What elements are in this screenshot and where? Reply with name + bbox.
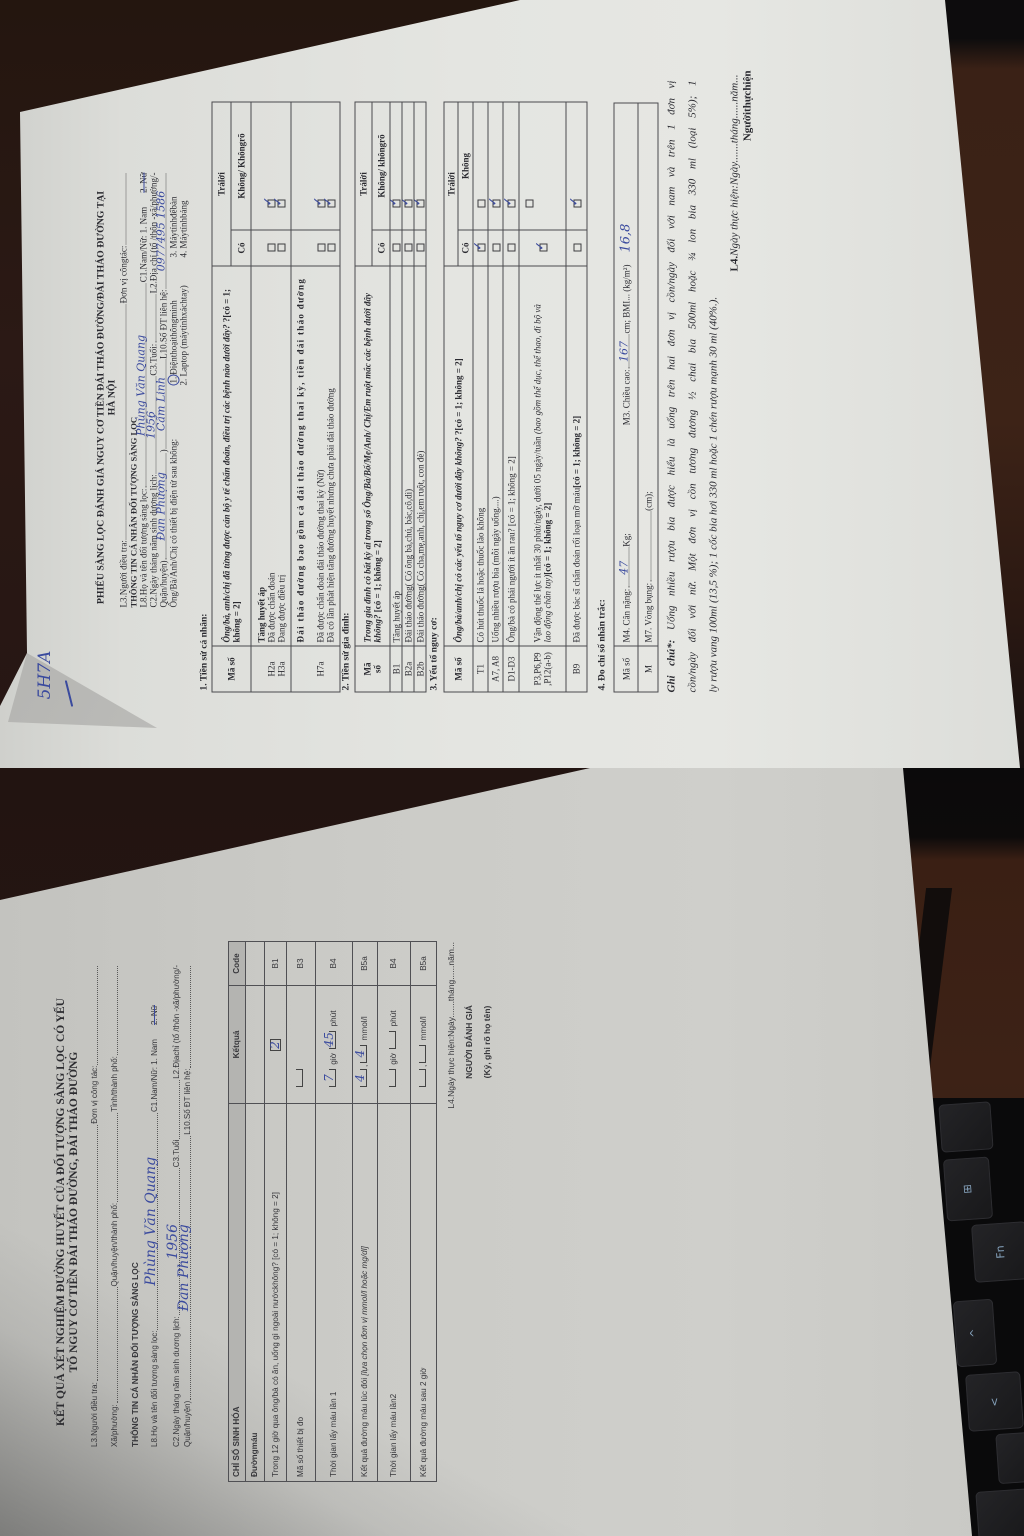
workplace-field[interactable] [90,966,98,1065]
label-cell: Thời gian lấy máu lần 1 [316,1104,353,1482]
no-cell [291,102,340,230]
checkbox-no[interactable] [278,200,286,208]
label-cell: Đã được bác sĩ chẩn đoán rối loạn mỡ máu… [566,266,587,646]
commune-label: Xã/phường: [110,1404,120,1447]
surveyor-line: L3.Người điều tra: Đơn vị công tác: [90,965,100,1447]
table-header-row: Mã số Trong gia đình có bất kỳ ai trong … [355,102,372,692]
checkbox-line [266,234,276,263]
table-row-hypertension: H2a H3a Tăng huyết áp Đã được chẩn đoán … [251,102,291,692]
arrow-left-icon: < [988,1396,1001,1406]
address-label: L2.Địachỉ (tổ /thôn -xã/phường/- [172,965,182,1079]
result-cell [287,986,316,1104]
handwritten-integer: 4 [354,1074,366,1082]
windows-icon: ⊞ [962,1184,975,1194]
question-text: Ông/bà, anh/chị đã từng được cán bộ y tế… [222,322,232,642]
col-header-answer: Trảlời [355,102,372,266]
hour-unit: giờ [389,1053,398,1065]
family-history-table: Mã số Trong gia đình có bất kỳ ai trong … [355,101,427,692]
surveyor-label: L3.Người điều tra: [90,1382,100,1447]
item-label-scale: [có = 1; không = 2] [543,503,553,575]
table-row: D1-D3 Ông/bà có phải người ít ăn rau? [c… [503,102,519,692]
item-label: Đã được chẩn đoán [266,270,276,643]
measure-line: M7. Vòng bụng: (cm); [643,107,653,643]
checkbox-no[interactable] [327,200,335,208]
province-label: Tỉnh/thành phố: [110,1056,120,1112]
yes-cell [503,230,519,266]
checkbox-yes[interactable] [508,244,516,252]
table-row: Mã số M4. Cân nặng: 47 Kg; M3. Chiều cao… [614,103,638,692]
handwritten-name: Phùng Văn Quang [144,1157,158,1286]
device-option-1-text: Điệnthoạithôngminh [169,300,179,375]
waist-label: M7. Vòng bụng: [643,583,653,643]
sex-option-female[interactable]: 2. Nữ [150,1005,160,1025]
minute-field[interactable]: 45 [329,1031,336,1049]
age-field[interactable] [149,294,157,342]
label-cell: Kết quả đường máu lúc đói [lựa chọn đơn … [353,1104,378,1482]
col-header-yes: Có [231,230,251,266]
devices-line-1: Ông/Bà/Anh/Chị có thiết bị điện tử sau k… [169,173,179,608]
date-line: L4.Ngày thực hiện:Ngày.......tháng......… [446,942,456,1109]
code-blank [326,650,336,689]
minute-unit: phút [329,1010,338,1026]
table-header-row: Mã số Ông/bà, anh/chị đã từng được cán b… [212,102,231,692]
workplace-label: Đơn vị côngtác: [119,246,129,304]
checkbox-no[interactable] [405,200,413,208]
table-row: B2b Đái tháo đường( Có cha,mẹ,anh, chị,e… [414,102,426,692]
alcohol-note: Ghi chú*: Uống nhiều rượu bia được hiểu … [662,81,725,693]
col-header-no: Không [458,102,473,230]
minute-unit: phút [389,1010,398,1026]
photo-collage: 5H7A PHIẾU SÀNG LỌC ĐÁNH GIÁ NGUY CƠ TIỀ… [0,0,1024,1536]
sex-label: C1.Nam/Nữ: 1. Nam [150,1039,160,1112]
table-row: A7, A8 Uống nhiều rượu bia (mỗi ngày uốn… [488,102,503,692]
table-row: Mã số thiết bị đo B3 [287,942,316,1482]
checkbox-line [276,105,286,207]
anthropometry-table: Mã số M4. Cân nặng: 47 Kg; M3. Chiều cao… [614,103,659,693]
phone-field[interactable] [183,966,191,1068]
checkbox-yes[interactable] [492,244,500,252]
weight-label: M4. Cân nặng: [622,589,632,643]
measure-line: M4. Cân nặng: 47 Kg; M3. Chiều cao: 167 … [621,107,632,643]
result-cell: , mmol/l [411,986,437,1104]
checkbox-yes[interactable] [573,244,581,252]
table-row: B2a Đái tháo đường( Có ông bà,chú, bác,c… [402,102,414,692]
no-cell [503,102,519,230]
col-header-yes: Có [372,230,390,266]
col-header-code: Mã số [444,646,473,692]
device-option-2[interactable]: 2. Laptop (máytínhxáchtay) [179,258,189,386]
integer-field[interactable] [419,1069,426,1087]
age-field[interactable] [172,1080,180,1139]
evaluator-title: NGƯỜI ĐÁNH GIÁ [464,952,474,1132]
district-city-label: Quận/huyện/thành phố: [110,1203,120,1287]
device-option-2-text: Laptop (máytínhxáchtay) [179,285,189,376]
form-title: PHIẾU SÀNG LỌC ĐÁNH GIÁ NGUY CƠ TIỀN ĐÁI… [96,103,118,693]
yes-cell [402,230,414,266]
name-field[interactable]: Phùng Văn Quang [150,1113,158,1330]
handwritten-code: 5H7A [34,648,56,702]
form-title: KẾT QUẢ XÉT NGHIỆM ĐƯỜNG HUYẾT CỦA ĐỐI T… [55,942,81,1482]
item-label-scale: [có = 1; không = 2] [572,416,582,488]
checkbox-no[interactable] [492,200,500,208]
device-option-3-text: Máytínhđểbàn [169,197,179,249]
col-header-no: Không/ khôngrõ [372,102,390,230]
checkbox-yes[interactable] [327,244,335,252]
checkbox-line [266,105,276,207]
label-cell: Có hút thuốc lá hoặc thuốc lào không [473,266,488,646]
note-label: Ghi chú*: [666,640,678,693]
height-label: M3. Chiều cao: [622,370,632,426]
signer-label: Ngườithựchiện [742,71,754,142]
code-cell: B1 [390,646,402,692]
screening-form: PHIẾU SÀNG LỌC ĐÁNH GIÁ NGUY CƠ TIỀN ĐÁI… [92,63,757,703]
waist-unit: (cm); [643,491,653,511]
code-cell [246,942,265,986]
personal-info-heading-text: THÔNG TIN CÁ NHÂN ĐỐI TƯỢNG SÀNG LỌC [130,1262,140,1447]
col-header-question: Ông/bà, anh/chị đã từng được cán bộ y tế… [212,266,251,646]
weight-field[interactable]: 47 [622,548,630,588]
label-note: [lựa chọn đơn vị mmol/l hoặc mg/dl] [360,1246,369,1375]
glucose-result-form: KẾT QUẢ XÉT NGHIỆM ĐƯỜNG HUYẾT CỦA ĐỐI T… [52,932,502,1492]
hour-unit: giờ [329,1053,338,1065]
dob-line: C2.Ngày tháng năm sinh dương lịch: 1956 … [172,965,182,1447]
col-header-result: Kếtquả [229,986,246,1104]
code-h3a: H3a [276,650,286,689]
question-text: Ông/bà/anh/chị có các yếu tố nguy cơ dướ… [454,435,464,643]
evaluator-signature-note: (Ký, ghi rõ họ tên) [482,952,492,1132]
group-title: Tăng huyết áp [256,270,266,643]
measure-cell: M7. Vòng bụng: (cm); [638,103,658,646]
photo-top: 5H7A PHIẾU SÀNG LỌC ĐÁNH GIÁ NGUY CƠ TIỀ… [0,0,1024,768]
handwritten-hour: 7 [323,1074,335,1082]
unit-label: mmol/l [360,1016,369,1040]
age-label: C3.Tuổi: [149,344,159,376]
label-cell: Ông/bà có phải người ít ăn rau? [có = 1;… [503,266,519,646]
question-scale: [có = 1; không = 2] [373,540,383,612]
date-code: L4. [729,256,741,272]
fn-key[interactable]: Fn [971,1221,1024,1283]
age-label: C3.Tuổi [172,1140,182,1168]
item-label: Đang được điều trị [276,270,286,643]
district-field[interactable]: Đan Phượng [183,1136,191,1400]
note-text: Uống nhiều rượu bia được hiểu là uống tr… [666,81,678,640]
checkbox-yes[interactable] [268,244,276,252]
device-option-3[interactable]: 3. Máytínhđểbàn [169,173,179,258]
label-cell: Tăng huyết áp Đã được chẩn đoán Đang đượ… [251,266,291,646]
table-row: Kết quả đường máu lúc đói [lựa chọn đơn … [353,942,378,1482]
col-header-code-text: Mã số [363,662,383,676]
district-line: Quận/huyện) Đan Phượng L10.Số ĐT liên hệ… [183,965,193,1447]
sex-label: C1.Nam/Nữ: 1. Nam [139,207,149,282]
checkbox-no[interactable] [525,200,533,208]
decimal-field[interactable] [419,1045,426,1063]
checkbox-line [276,234,286,263]
no-cell [519,102,566,230]
blank-line [256,234,266,263]
measure-cell: M4. Cân nặng: 47 Kg; M3. Chiều cao: 167 … [614,103,638,646]
checkbox-yes[interactable] [539,244,547,252]
code-cell: B5a [353,942,378,986]
device-option-4-number: 4. [179,251,189,258]
table-row: Trong 12 giờ qua ông/bà có ăn, uống gì n… [265,942,287,1482]
blank-line [296,234,316,263]
no-cell [414,102,426,230]
section-3-heading: 3. Yếu tố nguy cơ: [430,617,441,690]
code-cell: B2b [414,646,426,692]
code-cell: A7, A8 [488,646,503,692]
item-label: Vận động thể lực ít nhất 30 phút/ngày, d… [533,434,543,642]
col-header-no: Không/ Khôngrõ [231,102,251,230]
name-label: L8.Họ và tên đối tượng sàng lọc: [139,489,149,608]
section-2-heading: 2. Tiền sử gia đình: [342,613,353,691]
label-cell: Đườngmáu [246,1104,265,1482]
bmi-label: BMI... (kg/m²) [622,265,632,318]
handwritten-decimal: 4 [354,1050,366,1058]
code-cell: H7a [291,646,340,692]
table-row: B9 Đã được bác sĩ chẩn đoán rối loạn mỡ … [566,102,587,692]
handwritten-answer: 2 [269,1041,280,1049]
arrow-up-key[interactable]: ^ [953,1299,998,1368]
weight-unit: Kg; [622,533,632,547]
surveyor-line: L3.Người điều tra: Đơn vị côngtác: [119,173,129,608]
date-text: Ngày thực hiện:Ngày.......tháng......năm… [729,75,741,256]
phone-label: L10.Số ĐT liên hệ: [159,290,169,359]
name-line: L8.Họ và tên đối tượng sàng lọc: Phùng V… [139,173,149,608]
personal-history-table: Mã số Ông/bà, anh/chị đã từng được cán b… [212,101,341,692]
code-cell: M [638,646,658,692]
yes-cell [473,230,488,266]
decimal-separator: , [419,1065,428,1067]
item-label: Đã có lần phát hiện tăng đường huyết như… [326,270,336,643]
yes-cell [291,230,340,266]
district-label: Quận/huyện) [183,1401,193,1447]
no-cell [566,102,587,230]
code-cell: B5a [411,942,437,986]
result-cell: 2 [265,986,287,1104]
result-cell: 4,4 mmol/l [353,986,378,1104]
checkbox-yes[interactable] [278,244,286,252]
label-cell: Kết quả đường máu sau 2 giờ [411,1104,437,1482]
form-title-line-1: KẾT QUẢ XÉT NGHIỆM ĐƯỜNG HUYẾT CỦA ĐỐI T… [55,942,68,1482]
handwritten-height: 167 [619,341,630,362]
workplace-label: Đơn vị công tác: [90,1066,100,1124]
surveyor-field[interactable] [90,1125,98,1381]
label-cell: Thời gian lấy máu lần2 [378,1104,411,1482]
date-line: L4.Ngày thực hiện:Ngày.......tháng......… [729,75,741,272]
checkbox-yes[interactable] [405,244,413,252]
form-title-line-2: TỐ NGUY CƠ TIỀN ĐÁI THÁO ĐƯỜNG, ĐÁI THÁO… [68,942,81,1482]
devices-line-2: 2. Laptop (máytínhxáchtay) 4. Máytínhbản… [179,173,189,608]
minute-field[interactable] [389,1031,396,1049]
photo-bottom: ⊞ Fn ^ < KẾT QUẢ XÉT NGHIỆM ĐƯỜNG HUYẾT … [0,768,1024,1536]
location-line: Xã/phường: Quận/huyện/thành phố: Tỉnh/th… [110,965,120,1447]
label-cell: Đái tháo đường bao gồm cả đái tháo đường… [291,266,340,646]
label-cell: Mã số thiết bị đo [287,1104,316,1482]
section-4-heading: 4. Đo chỉ số nhân trắc: [598,599,609,690]
code-cell: B9 [566,646,587,692]
handwritten-district: Đan Phượng [156,472,167,540]
checkbox-line [316,105,326,207]
col-header-question: Ông/bà/anh/chị có các yếu tố nguy cơ dướ… [444,266,473,646]
handwritten-minute: 45 [323,1032,335,1047]
handwritten-phone: 0977495 1586 [156,191,167,271]
table-row: T1 Có hút thuốc lá hoặc thuốc lào không [473,102,488,692]
question-scale: ?[có = 1; không = 2] [454,358,464,435]
table-row: Thời gian lấy máu lần2 giờ phút B4 [378,942,411,1482]
device-option-1[interactable]: 1.Điệnthoạithôngminh [169,258,179,386]
col-header-code: Mã số [355,646,390,692]
checkbox-line [316,234,326,263]
yes-cell [251,230,291,266]
result-cell: giờ phút [378,986,411,1104]
windows-key[interactable]: ⊞ [943,1156,993,1221]
label-text: Kết quả đường máu lúc đói [360,1376,369,1477]
table-row: Đườngmáu [246,942,265,1482]
biochemistry-table: CHỈ SỐ SINH HÓA Kếtquả Code Đườngmáu Tro… [228,941,437,1482]
district-line: Quận/huyện) Đan Phượng ) Cẩm Linh L10.Số… [159,173,169,608]
checkbox-no[interactable] [393,200,401,208]
label-cell: Đái tháo đường( Có ông bà,chú, bác,cô,dì… [402,266,414,646]
code-h7a: H7a [316,650,326,689]
device-option-2-number: 2. [179,379,189,386]
device-option-4[interactable]: 4. Máytínhbảng [179,173,189,258]
col-header-code: Mã số [212,646,251,692]
keyboard-key[interactable] [995,1432,1024,1484]
code-cell: D1-D3 [503,646,519,692]
hour-field[interactable] [389,1069,396,1087]
blank-line [256,650,266,689]
label-cell: Đái tháo đường( Có cha,mẹ,anh, chị,em ru… [414,266,426,646]
note-line-2: cồn/ngày đối với nữ. Một đơn vị cồn tươn… [683,81,704,693]
code-cell: H2a H3a [251,646,291,692]
table-row: M M7. Vòng bụng: (cm); [638,103,658,692]
sex-option-female[interactable]: 2. Nữ [139,173,149,193]
handwritten-commune: Cẩm Linh [156,377,167,431]
yes-cell [390,230,402,266]
note-line-3: ly rượu vang 100ml (13,5 %); 1 cốc bia h… [704,81,725,693]
arrow-up-icon: ^ [969,1328,982,1338]
blank-line [296,105,316,207]
personal-info-heading: THÔNG TIN CÁ NHÂN ĐỐI TƯỢNG SÀNG LỌC [130,965,140,1447]
blank-line [256,105,266,207]
table-row: Thời gian lấy máu lần 1 7 giờ 45 phút B4 [316,942,353,1482]
unit-label: mmol/l [419,1016,428,1040]
checkbox-no[interactable] [573,200,581,208]
height-unit: cm; [622,320,632,334]
table-row: P3,P6,P9 ,P12(a-b) Vận động thể lực ít n… [519,102,566,692]
checkbox-no[interactable] [477,200,485,208]
province-field[interactable] [110,966,118,1055]
handwritten-weight: 47 [619,561,630,575]
code-cell: B3 [287,942,316,986]
table-row: B1 Tăng huyết áp [390,102,402,692]
device-option-3-number: 3. [169,251,179,258]
no-cell [251,102,291,230]
col-header-question: Trong gia đình có bất kỳ ai trong số Ông… [355,266,390,646]
device-id-field[interactable] [296,1069,303,1087]
code-cell: P3,P6,P9 ,P12(a-b) [519,646,566,692]
name-field[interactable]: Phùng Văn Quang [139,283,147,487]
col-header-code: Code [229,942,246,986]
answer-box[interactable]: 2 [270,1039,281,1051]
name-label: L8.Họ và tên đối tượng sàng lọc: [150,1331,160,1447]
checkbox-yes[interactable] [477,244,485,252]
section-1-heading: 1. Tiền sử cá nhân: [200,614,211,691]
code-cell: B4 [316,942,353,986]
checkbox-no[interactable] [417,200,425,208]
handwritten-district: Đan Phượng [177,1224,191,1311]
code-cell: B4 [378,942,411,986]
arrow-left-key[interactable]: < [965,1371,1024,1432]
yes-cell [566,230,587,266]
no-cell [488,102,503,230]
item-label: Đã được chẩn đoán đái tháo đường thai kỳ… [316,270,326,643]
table-row: Kết quả đường máu sau 2 giờ , mmol/l B5a [411,942,437,1482]
col-header-yes: Có [458,230,473,266]
col-header-answer: Trảlời [444,102,458,266]
yes-cell [488,230,503,266]
no-cell [402,102,414,230]
phone-field[interactable]: 0977495 1586 [159,174,167,289]
checkbox-no[interactable] [508,200,516,208]
label-cell: Uống nhiều rượu bia (mỗi ngày uống....) [488,266,503,646]
yes-cell [414,230,426,266]
workplace-field[interactable] [119,174,127,245]
form-title-line-1: PHIẾU SÀNG LỌC ĐÁNH GIÁ NGUY CƠ TIỀN ĐÁI… [96,103,107,693]
height-field[interactable]: 167 [622,335,630,369]
yes-cell [519,230,566,266]
district-city-field[interactable] [110,1113,118,1202]
result-cell: 7 giờ 45 phút [316,986,353,1104]
commune-field[interactable] [110,1287,118,1403]
blank-line [296,650,316,689]
risk-factors-table: Mã số Ông/bà/anh/chị có các yếu tố nguy … [444,101,588,692]
keyboard-key[interactable] [938,1101,993,1153]
decimal-field[interactable]: 4 [360,1045,367,1063]
integer-field[interactable]: 4 [360,1069,367,1087]
commune-field[interactable]: Cẩm Linh [159,360,167,448]
hour-field[interactable]: 7 [329,1069,336,1087]
checkbox-yes[interactable] [393,244,401,252]
keyboard-key[interactable] [975,1488,1024,1536]
device-option-4-text: Máytínhbảng [179,201,189,249]
personal-info-heading-text: THÔNG TIN CÁ NHÂN ĐỐI TƯỢNG SÀNG LỌC [129,417,139,608]
label-cell: Vận động thể lực ít nhất 30 phút/ngày, d… [519,266,566,646]
handwritten-bmi: 16,8 [621,224,632,253]
name-line: L8.Họ và tên đối tượng sàng lọc: Phùng V… [150,965,160,1447]
checkbox-yes[interactable] [317,244,325,252]
group-title: Đái tháo đường bao gồm cả đái tháo đường… [296,270,316,643]
surveyor-label: L3.Người điều tra: [119,540,129,607]
waist-field[interactable] [643,512,651,582]
fn-label: Fn [994,1245,1007,1259]
dob-label: C2.Ngày tháng năm sinh dương lịch: [172,1316,182,1447]
code-cell: B1 [265,942,287,986]
table-row-diabetes: H7a Đái tháo đường bao gồm cả đái tháo đ… [291,102,340,692]
table-header-row: Mã số Ông/bà/anh/chị có các yếu tố nguy … [444,102,458,692]
label-cell: Tăng huyết áp [390,266,402,646]
no-cell [473,102,488,230]
table-header-row: CHỈ SỐ SINH HÓA Kếtquả Code [229,942,246,1482]
checkbox-line [326,234,336,263]
col-header-answer: Trảlời [212,102,231,266]
result-cell [246,986,265,1104]
checkbox-line [326,105,336,207]
checkbox-yes[interactable] [417,244,425,252]
surveyor-field[interactable] [119,304,127,539]
form-title-line-2: HÀ NỘI [107,103,118,693]
district-field[interactable]: Đan Phượng [159,453,167,559]
